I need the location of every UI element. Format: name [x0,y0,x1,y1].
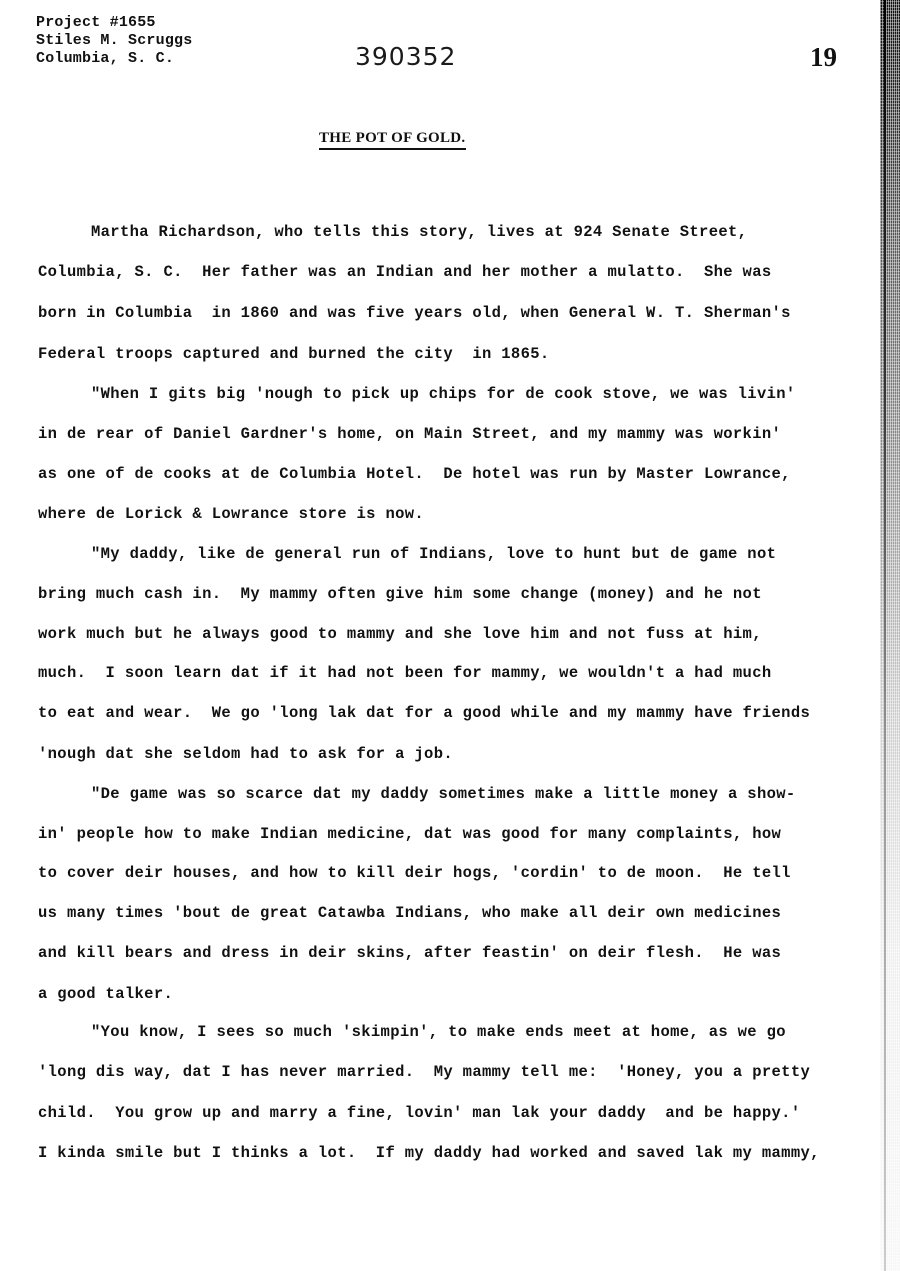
author-name: Stiles M. Scruggs [36,32,192,50]
text-line: "When I gits big 'nough to pick up chips… [91,384,796,404]
document-title: THE POT OF GOLD. [319,130,466,150]
text-line: in de rear of Daniel Gardner's home, on … [38,424,781,444]
author-header: Project #1655 Stiles M. Scruggs Columbia… [36,14,192,68]
text-line: born in Columbia in 1860 and was five ye… [38,303,791,323]
text-line: 'nough dat she seldom had to ask for a j… [38,744,453,764]
text-line: to cover deir houses, and how to kill de… [38,863,791,883]
text-line: to eat and wear. We go 'long lak dat for… [38,703,810,723]
text-line: much. I soon learn dat if it had not bee… [38,663,772,683]
document-page: Project #1655 Stiles M. Scruggs Columbia… [0,0,900,1271]
text-line: work much but he always good to mammy an… [38,624,762,644]
text-line: Federal troops captured and burned the c… [38,344,550,364]
text-line: 'long dis way, dat I has never married. … [38,1062,810,1082]
text-line: I kinda smile but I thinks a lot. If my … [38,1143,820,1163]
page-number: 19 [810,42,837,73]
text-line: where de Lorick & Lowrance store is now. [38,504,424,524]
text-line: Columbia, S. C. Her father was an Indian… [38,262,772,282]
text-line: as one of de cooks at de Columbia Hotel.… [38,464,791,484]
scan-border-line [884,0,886,1271]
text-line: bring much cash in. My mammy often give … [38,584,762,604]
text-line: "My daddy, like de general run of Indian… [91,544,776,564]
document-number: 390352 [355,42,456,71]
text-line: in' people how to make Indian medicine, … [38,824,781,844]
project-number: Project #1655 [36,14,192,32]
location: Columbia, S. C. [36,50,192,68]
text-line: Martha Richardson, who tells this story,… [91,222,747,242]
text-line: us many times 'bout de great Catawba Ind… [38,903,781,923]
text-line: "You know, I sees so much 'skimpin', to … [91,1022,786,1042]
text-line: and kill bears and dress in deir skins, … [38,943,781,963]
text-line: child. You grow up and marry a fine, lov… [38,1103,800,1123]
text-line: a good talker. [38,984,173,1004]
text-line: "De game was so scarce dat my daddy some… [91,784,796,804]
scan-border-edge [880,0,900,1271]
